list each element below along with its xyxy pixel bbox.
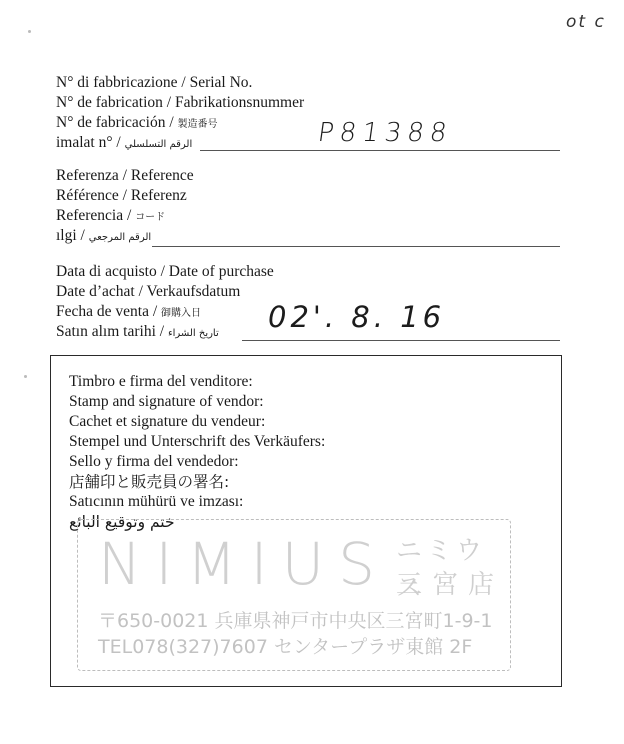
stamp-telephone: TEL078(327)7607 センタープラザ東館 2F <box>98 632 472 659</box>
stamp-address: 〒650-0021 兵庫県神戸市中央区三宮町1-9-1 <box>98 606 493 633</box>
reference-field[interactable] <box>152 246 560 247</box>
handwritten-corner-note: ot c <box>566 12 606 32</box>
purchase-label-es: Fecha de venta / 御購入日 <box>56 302 274 322</box>
purchase-label-it: Data di acquisto / Date of purchase <box>56 262 274 282</box>
purchase-label-tr: Satın alım tarihi / تاريخ الشراء <box>56 322 274 342</box>
serial-label-es: N° de fabricación / 製造番号 <box>56 113 304 133</box>
serial-label-fr: N° de fabrication / Fabrikationsnummer <box>56 93 304 113</box>
purchase-date-value: 02'. 8. 16 <box>268 300 445 334</box>
vendor-label-de: Stempel und Unterschrift des Verkäufers: <box>69 432 325 452</box>
scan-speck <box>28 30 31 33</box>
stamp-store-name: NIMIUS <box>98 530 389 598</box>
vendor-label-en: Stamp and signature of vendor: <box>69 392 325 412</box>
serial-number-field[interactable] <box>200 150 560 151</box>
vendor-stamp-box: Timbro e firma del venditore: Stamp and … <box>50 355 562 687</box>
scan-speck <box>24 375 27 378</box>
serial-label-it: N° di fabbricazione / Serial No. <box>56 73 304 93</box>
reference-label-it: Referenza / Reference <box>56 166 194 186</box>
vendor-label-fr: Cachet et signature du vendeur: <box>69 412 325 432</box>
reference-label-tr: ılgi / الرقم المرجعي <box>56 226 194 246</box>
purchase-date-section: Data di acquisto / Date of purchase Date… <box>56 262 274 342</box>
vendor-labels: Timbro e firma del venditore: Stamp and … <box>69 372 325 532</box>
reference-label-fr: Référence / Referenz <box>56 186 194 206</box>
serial-number-value: P81388 <box>316 118 455 148</box>
vendor-label-it: Timbro e firma del venditore: <box>69 372 325 392</box>
stamp-branch-jp: 三宮店 <box>396 564 504 601</box>
vendor-label-tr: Satıcının mühürü ve imzası: <box>69 492 325 512</box>
reference-label-es: Referencia / コード <box>56 206 194 226</box>
vendor-stamp: NIMIUS ニミウス 三宮店 〒650-0021 兵庫県神戸市中央区三宮町1-… <box>77 519 511 671</box>
vendor-label-jp: 店舗印と販売員の署名: <box>69 472 325 492</box>
serial-number-section: N° di fabbricazione / Serial No. N° de f… <box>56 73 304 153</box>
vendor-label-es: Sello y firma del vendedor: <box>69 452 325 472</box>
purchase-label-fr: Date d’achat / Verkaufsdatum <box>56 282 274 302</box>
purchase-date-field[interactable] <box>242 340 560 341</box>
reference-section: Referenza / Reference Référence / Refere… <box>56 166 194 246</box>
